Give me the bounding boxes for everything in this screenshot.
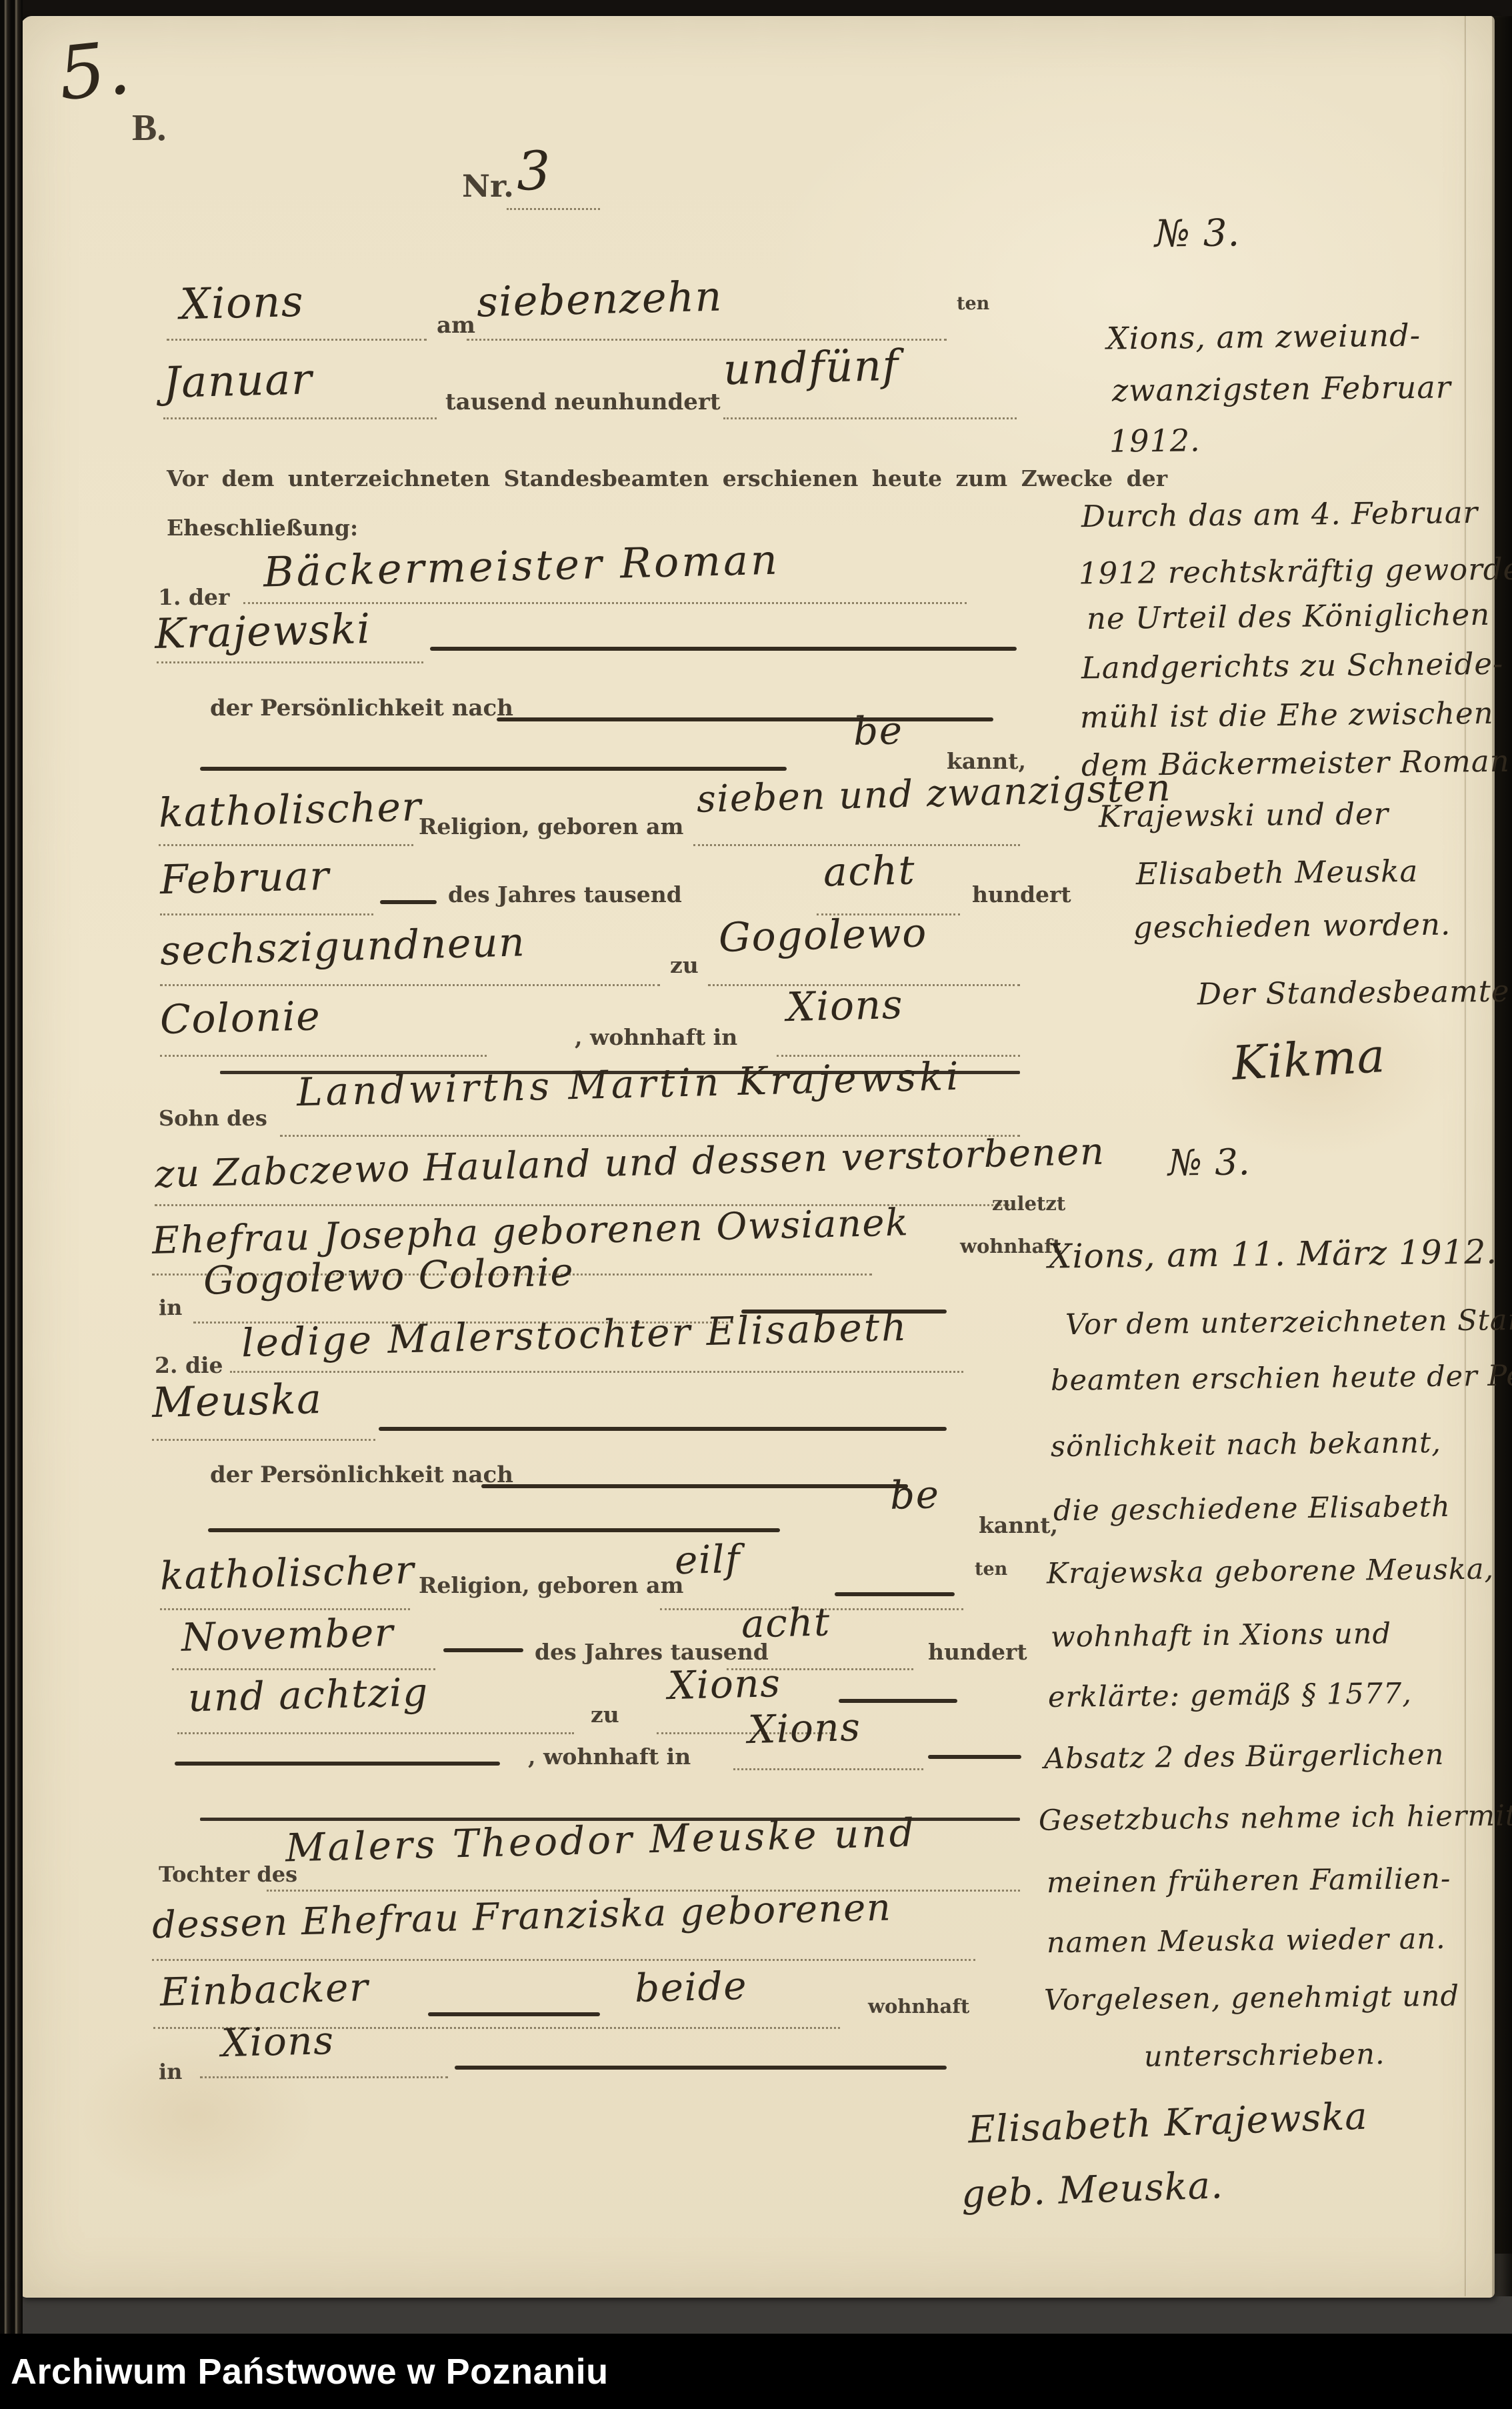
bride-item-label: 2. die bbox=[155, 1352, 223, 1378]
note1-body-4: Landgerichts zu Schneide- bbox=[1081, 646, 1504, 686]
bride-blank-stroke-1 bbox=[379, 1427, 947, 1431]
note2-body-8: Absatz 2 des Bürgerlichen bbox=[1044, 1738, 1445, 1776]
bride-parents-residence: Xions bbox=[221, 2018, 335, 2066]
dateline-day: siebenzehn bbox=[476, 272, 723, 327]
bride-dotline-11 bbox=[152, 1959, 975, 1961]
record-number-dotline bbox=[507, 208, 600, 210]
groom-item-label: 1. der bbox=[158, 584, 229, 610]
bride-in-label: in bbox=[159, 2059, 182, 2084]
bride-blank-stroke-6 bbox=[839, 1699, 957, 1703]
intro-line-2: Eheschließung: bbox=[167, 515, 358, 541]
note1-body-1: Durch das am 4. Februar bbox=[1081, 495, 1479, 534]
bride-ten-suffix: ten bbox=[975, 1559, 1007, 1580]
bride-beide-hw: beide bbox=[634, 1963, 748, 2011]
note2-body-3: sönlichkeit nach bekannt, bbox=[1051, 1426, 1441, 1464]
bride-blank-stroke-7 bbox=[175, 1762, 500, 1766]
note1-closing: Der Standesbeamte. bbox=[1197, 973, 1512, 1011]
scan-top-edge bbox=[0, 0, 1512, 17]
dateline-dotline-1 bbox=[167, 339, 427, 341]
groom-parents-residence: Gogolewo Colonie bbox=[203, 1249, 575, 1304]
dateline-month: Januar bbox=[163, 355, 313, 407]
bride-blank-stroke-4 bbox=[835, 1592, 955, 1596]
bride-be-hw: be bbox=[889, 1472, 940, 1518]
bride-dotline-2 bbox=[152, 1439, 375, 1441]
note1-body-5: mühl ist die Ehe zwischen bbox=[1080, 695, 1494, 735]
groom-blank-stroke-3 bbox=[200, 767, 787, 771]
groom-dotline-1 bbox=[243, 602, 967, 604]
bride-century-hw: acht bbox=[741, 1599, 831, 1646]
note2-body-11: namen Meuska wieder an. bbox=[1047, 1922, 1446, 1960]
bride-blank-stroke-5 bbox=[443, 1648, 523, 1652]
note2-body-5: Krajewska geborene Meuska, bbox=[1047, 1552, 1495, 1590]
bride-blank-stroke-3 bbox=[208, 1528, 780, 1532]
bride-residence: Xions bbox=[747, 1704, 861, 1752]
bride-zu-label: zu bbox=[591, 1702, 619, 1728]
note2-body-7: erklärte: gemäß § 1577, bbox=[1048, 1677, 1412, 1714]
groom-surname: Krajewski bbox=[154, 604, 371, 658]
groom-dotline-5 bbox=[160, 913, 373, 915]
note1-registrar-signature: Kikma bbox=[1231, 1028, 1387, 1091]
groom-blank-stroke-4 bbox=[380, 900, 437, 904]
bride-dotline-9 bbox=[733, 1768, 923, 1770]
note2-dateline: Xions, am 11. März 1912. bbox=[1048, 1232, 1498, 1276]
bride-religion-label: Religion, geboren am bbox=[419, 1572, 683, 1598]
bride-birthplace: Xions bbox=[667, 1660, 781, 1708]
bride-hundert-label: hundert bbox=[928, 1639, 1027, 1665]
note1-body-7: Krajewski und der bbox=[1099, 796, 1389, 835]
groom-hundert-label: hundert bbox=[972, 881, 1071, 907]
bride-blank-stroke-8 bbox=[928, 1755, 1021, 1759]
note1-number: № 3. bbox=[1155, 211, 1241, 255]
paper-right-edge-shadow bbox=[1492, 16, 1512, 2296]
dateline-am-label: am bbox=[437, 312, 475, 339]
groom-zuletzt-label: zuletzt bbox=[992, 1192, 1065, 1215]
bride-surname: Meuska bbox=[151, 1374, 323, 1427]
dateline-year-printed: tausend neunhundert bbox=[445, 389, 721, 415]
bride-identity-label: der Persönlichkeit nach bbox=[210, 1462, 513, 1488]
note2-number: № 3. bbox=[1168, 1141, 1251, 1183]
note1-dateline-1: Xions, am zweiund- bbox=[1107, 317, 1421, 357]
groom-in-label: in bbox=[159, 1295, 182, 1320]
dateline-dotline-4 bbox=[723, 417, 1017, 419]
intro-line-1: Vor dem unterzeichneten Standesbeamten e… bbox=[167, 465, 1167, 491]
bride-wohnhaft-label: , wohnhaft in bbox=[528, 1744, 691, 1770]
groom-identity-label: der Persönlichkeit nach bbox=[210, 695, 513, 721]
bride-birth-month: November bbox=[181, 1610, 395, 1660]
record-number-label: Nr. bbox=[462, 168, 514, 204]
book-binding-edge bbox=[0, 0, 23, 2334]
bride-birth-day: eilf bbox=[674, 1536, 741, 1583]
bride-kannt-label: kannt, bbox=[979, 1512, 1058, 1538]
groom-residence: Xions bbox=[786, 981, 904, 1031]
note1-body-8: Elisabeth Meuska bbox=[1136, 853, 1419, 891]
dateline-dotline-2 bbox=[467, 339, 947, 341]
groom-be-hw: be bbox=[853, 707, 903, 754]
bride-dotline-7 bbox=[177, 1732, 574, 1734]
note2-body-2: beamten erschien heute der Per- bbox=[1051, 1359, 1512, 1398]
note1-body-9: geschieden worden. bbox=[1133, 907, 1451, 945]
dateline-place: Xions bbox=[179, 277, 305, 330]
note2-body-9: Gesetzbuchs nehme ich hiermit bbox=[1039, 1799, 1512, 1838]
note1-dateline-3: 1912. bbox=[1109, 422, 1201, 459]
bride-wohnhaft2-label: wohnhaft bbox=[868, 1995, 969, 2018]
note2-body-12: Vorgelesen, genehmigt und bbox=[1044, 1980, 1459, 2018]
note1-body-3: ne Urteil des Königlichen bbox=[1087, 597, 1491, 636]
groom-birthplace-2: Colonie bbox=[159, 993, 321, 1043]
bride-blank-stroke-10 bbox=[455, 2066, 947, 2070]
groom-dotline-7 bbox=[160, 984, 660, 986]
bride-dotline-13 bbox=[200, 2076, 448, 2078]
bride-year-hw: und achtzig bbox=[187, 1670, 429, 1721]
note2-body-1: Vor dem unterzeichneten Standes- bbox=[1065, 1303, 1512, 1342]
groom-dotline-2 bbox=[157, 661, 423, 663]
archive-watermark-bar: Archiwum Państwowe w Poznaniu bbox=[0, 2334, 1512, 2409]
groom-wohnhaft-label: , wohnhaft in bbox=[575, 1024, 737, 1050]
groom-sohn-label: Sohn des bbox=[159, 1105, 267, 1131]
note1-body-6: dem Bäckermeister Roman bbox=[1081, 743, 1510, 783]
groom-birthplace: Gogolewo bbox=[718, 909, 927, 961]
note1-dateline-2: zwanzigsten Februar bbox=[1112, 369, 1451, 408]
page-number: 5. bbox=[55, 25, 135, 117]
groom-dotline-9 bbox=[160, 1055, 487, 1057]
note2-body-13: unterschrieben. bbox=[1144, 2038, 1385, 2074]
dateline-year-hw: undfünf bbox=[723, 341, 899, 395]
archive-name-label: Archiwum Państwowe w Poznaniu bbox=[11, 2351, 609, 2392]
groom-zu-label: zu bbox=[670, 952, 699, 978]
record-number-value: 3 bbox=[516, 139, 553, 202]
bride-tochter-label: Tochter des bbox=[159, 1862, 297, 1887]
scanned-register-page: 5. B. Nr. 3 Xions am siebenzehn ten Janu… bbox=[0, 0, 1512, 2409]
groom-year-hw: sechszigundneun bbox=[159, 919, 526, 974]
groom-blank-stroke-1 bbox=[430, 647, 1017, 651]
bride-parents-line3: Einbacker bbox=[159, 1964, 369, 2015]
dateline-ten-suffix: ten bbox=[957, 293, 989, 314]
note2-body-10: meinen früheren Familien- bbox=[1047, 1862, 1451, 1900]
groom-dotline-4 bbox=[693, 844, 1020, 846]
groom-century-hw: acht bbox=[823, 847, 916, 895]
bride-dotline-1 bbox=[230, 1371, 963, 1373]
note1-body-2: 1912 rechtskräftig geworde- bbox=[1079, 551, 1512, 591]
section-letter: B. bbox=[132, 107, 166, 149]
groom-dotline-3 bbox=[159, 844, 413, 846]
bride-religion-hw: katholischer bbox=[159, 1547, 415, 1598]
note2-body-4: die geschiedene Elisabeth bbox=[1053, 1490, 1451, 1528]
groom-birth-month: Februar bbox=[159, 853, 330, 903]
bride-blank-stroke-2 bbox=[481, 1484, 908, 1488]
dateline-dotline-3 bbox=[163, 417, 437, 419]
groom-wohnhaft2-label: wohnhaft bbox=[960, 1235, 1061, 1258]
groom-religion-label: Religion, geboren am bbox=[419, 813, 683, 839]
groom-blank-stroke-2 bbox=[497, 717, 993, 721]
paper-fold-crease bbox=[1464, 16, 1467, 2296]
bride-blank-stroke-9 bbox=[428, 2012, 600, 2016]
groom-religion-hw: katholischer bbox=[158, 783, 422, 837]
note2-signature-line2: geb. Meuska. bbox=[961, 2164, 1224, 2216]
groom-jahres-label: des Jahres tausend bbox=[448, 881, 682, 907]
note2-body-6: wohnhaft in Xions und bbox=[1051, 1617, 1391, 1654]
